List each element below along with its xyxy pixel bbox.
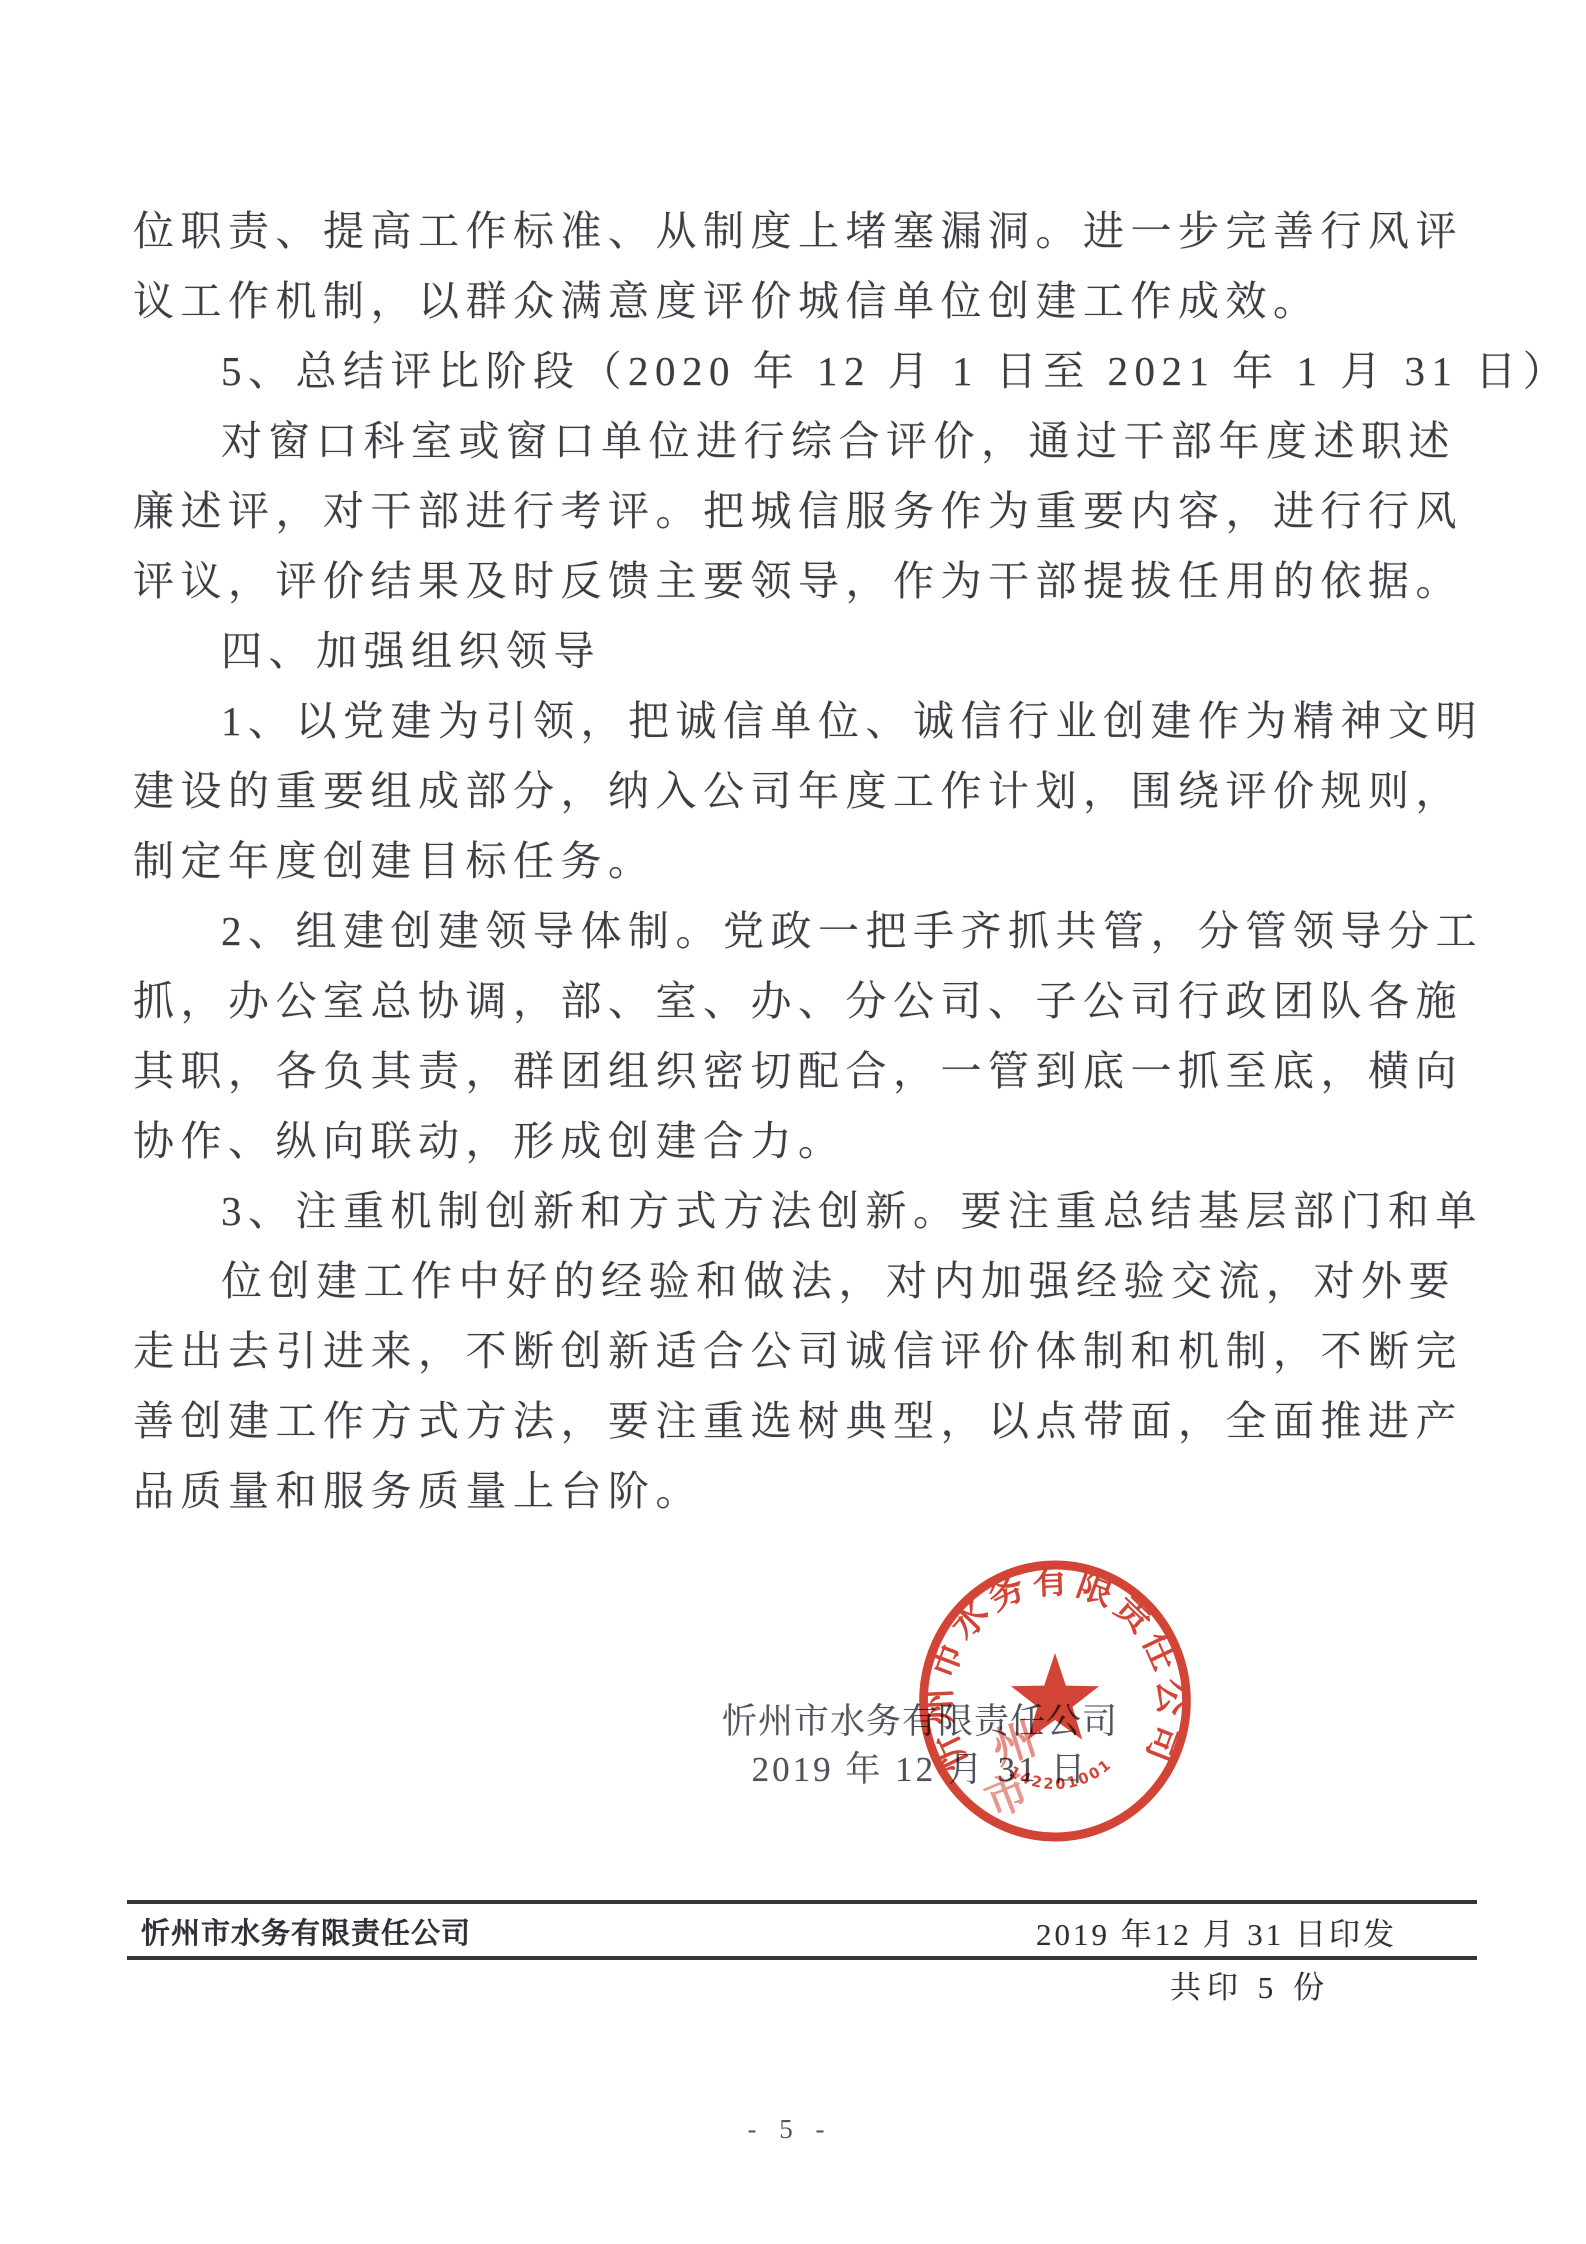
footer-bottom-rule (127, 1956, 1477, 1960)
body-line: 廉述评，对干部进行考评。把城信服务作为重要内容，进行行风 (133, 476, 1463, 546)
footer-row: 忻州市水务有限责任公司 2019 年12 月 31 日印发 (127, 1906, 1477, 1956)
body-line: 协作、纵向联动，形成创建合力。 (133, 1106, 1463, 1176)
document-body: 位职责、提高工作标准、从制度上堵塞漏洞。进一步完善行风评 议工作机制，以群众满意… (133, 196, 1463, 1526)
document-page: 位职责、提高工作标准、从制度上堵塞漏洞。进一步完善行风评 议工作机制，以群众满意… (0, 0, 1586, 2244)
company-seal: 忻州市水务有限责任公司 1422010014293 州 市 (910, 1551, 1200, 1851)
body-line: 制定年度创建目标任务。 (133, 826, 1463, 896)
body-line: 1、以党建为引领，把诚信单位、诚信行业创建作为精神文明 (133, 686, 1463, 756)
body-line: 善创建工作方式方法，要注重选树典型，以点带面，全面推进产 (133, 1386, 1463, 1456)
body-line: 位创建工作中好的经验和做法，对内加强经验交流，对外要 (133, 1246, 1463, 1316)
body-line: 位职责、提高工作标准、从制度上堵塞漏洞。进一步完善行风评 (133, 196, 1463, 266)
body-line: 议工作机制，以群众满意度评价城信单位创建工作成效。 (133, 266, 1463, 336)
seal-graphic: 忻州市水务有限责任公司 1422010014293 州 市 (910, 1551, 1200, 1851)
footer-issuer: 忻州市水务有限责任公司 (127, 1911, 471, 1952)
section-heading: 四、加强组织领导 (133, 616, 1463, 686)
body-line: 抓，办公室总协调，部、室、办、分公司、子公司行政团队各施 (133, 966, 1463, 1036)
body-line: 走出去引进来，不断创新适合公司诚信评价体制和机制，不断完 (133, 1316, 1463, 1386)
footer-issue-date: 2019 年12 月 31 日印发 (1036, 1909, 1477, 1954)
footer-copies: 共印 5 份 (1140, 1964, 1360, 2012)
body-line: 5、总结评比阶段（2020 年 12 月 1 日至 2021 年 1 月 31 … (133, 336, 1463, 406)
body-line: 2、组建创建领导体制。党政一把手齐抓共管，分管领导分工 (133, 896, 1463, 966)
body-line: 其职，各负其责，群团组织密切配合，一管到底一抓至底，横向 (133, 1036, 1463, 1106)
body-line: 对窗口科室或窗口单位进行综合评价，通过干部年度述职述 (133, 406, 1463, 476)
body-line: 3、注重机制创新和方式方法创新。要注重总结基层部门和单 (133, 1176, 1463, 1246)
body-line: 评议，评价结果及时反馈主要领导，作为干部提拔任用的依据。 (133, 546, 1463, 616)
body-line: 品质量和服务质量上台阶。 (133, 1456, 1463, 1526)
page-number: - 5 - (700, 2114, 880, 2145)
body-line: 建设的重要组成部分，纳入公司年度工作计划，围绕评价规则， (133, 756, 1463, 826)
footer-top-rule (127, 1900, 1477, 1904)
